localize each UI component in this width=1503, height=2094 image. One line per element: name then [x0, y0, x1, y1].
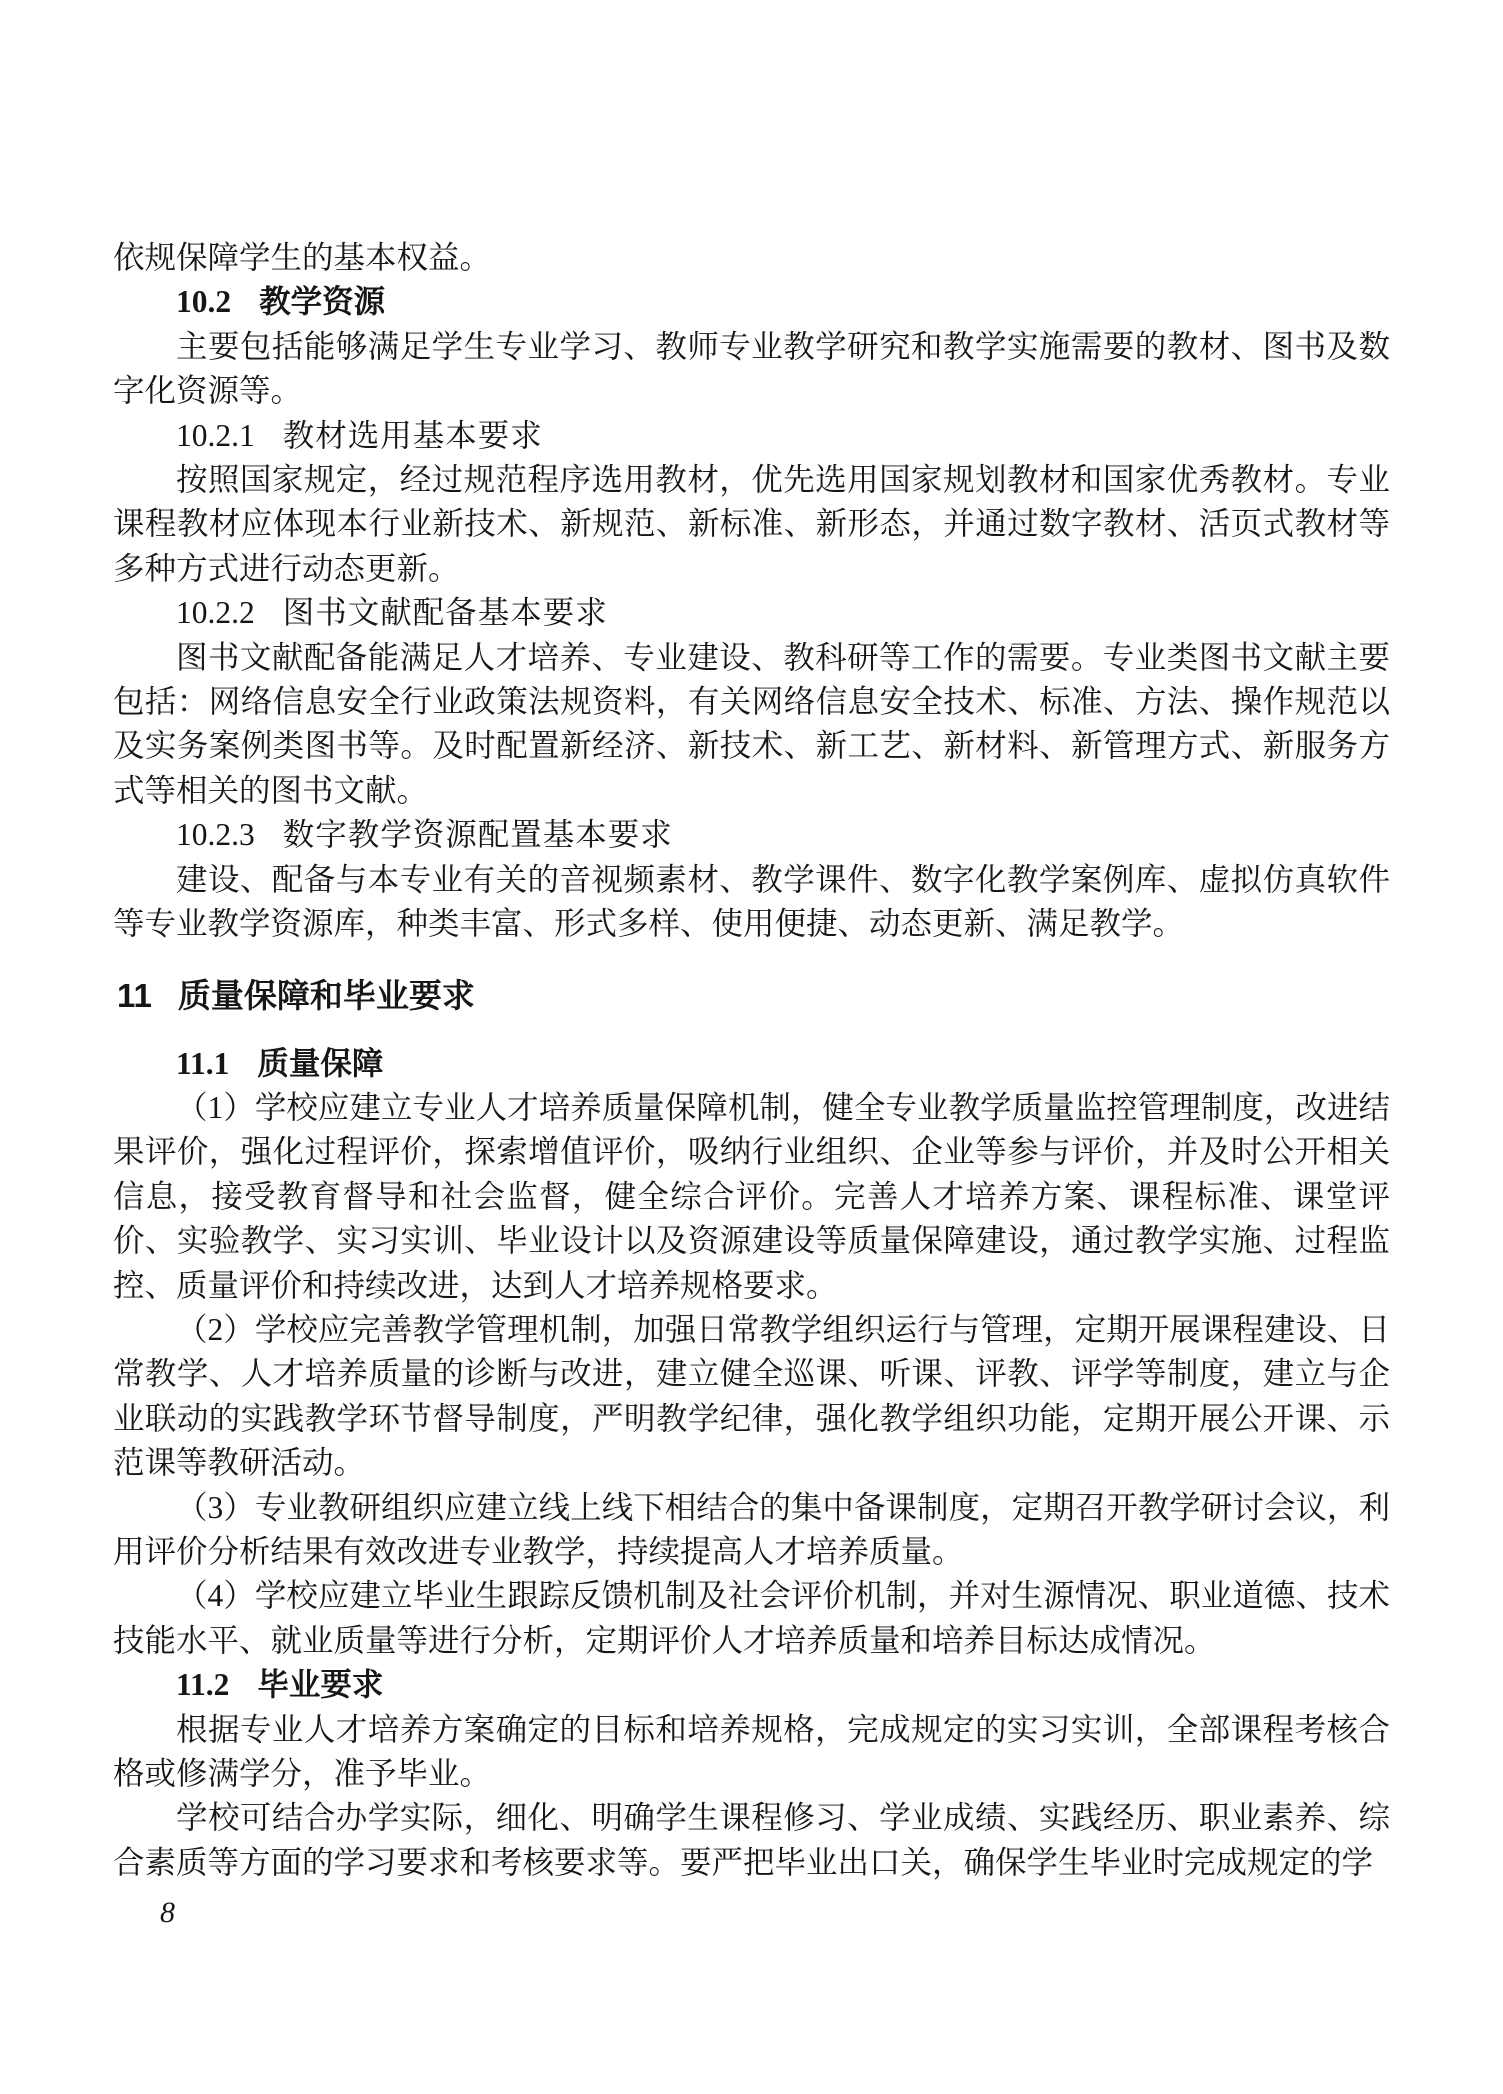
- paragraph: （4）学校应建立毕业生跟踪反馈机制及社会评价机制，并对生源情况、职业道德、技术技…: [113, 1574, 1390, 1663]
- heading-number: 10.2.3: [176, 817, 255, 852]
- clause-heading: 10.2.3数字教学资源配置基本要求: [113, 813, 1390, 857]
- paragraph: 主要包括能够满足学生专业学习、教师专业教学研究和教学实施需要的教材、图书及数字化…: [113, 325, 1390, 414]
- clause-heading: 10.2.2图书文献配备基本要求: [113, 591, 1390, 635]
- paragraph: 建设、配备与本专业有关的音视频素材、教学课件、数字化教学案例库、虚拟仿真软件等专…: [113, 858, 1390, 947]
- clause-heading: 10.2.1教材选用基本要求: [113, 414, 1390, 458]
- heading-number: 10.2.2: [176, 595, 255, 630]
- heading-title: 图书文献配备基本要求: [283, 595, 608, 630]
- heading-title: 教学资源: [259, 284, 385, 319]
- paragraph: （3）专业教研组织应建立线上线下相结合的集中备课制度，定期召开教学研讨会议，利用…: [113, 1486, 1390, 1575]
- subsection-heading: 10.2教学资源: [113, 280, 1390, 324]
- paragraph: 图书文献配备能满足人才培养、专业建设、教科研等工作的需要。专业类图书文献主要包括…: [113, 636, 1390, 814]
- paragraph: 学校可结合办学实际，细化、明确学生课程修习、学业成绩、实践经历、职业素养、综合素…: [113, 1796, 1390, 1885]
- paragraph: （2）学校应完善教学管理机制，加强日常教学组织运行与管理，定期开展课程建设、日常…: [113, 1308, 1390, 1486]
- subsection-heading: 11.1质量保障: [113, 1042, 1390, 1086]
- heading-number: 11.1: [176, 1046, 229, 1081]
- heading-number: 11.2: [176, 1667, 229, 1702]
- paragraph: （1）学校应建立专业人才培养质量保障机制，健全专业教学质量监控管理制度，改进结果…: [113, 1086, 1390, 1308]
- heading-number: 10.2: [176, 284, 231, 319]
- paragraph: 按照国家规定，经过规范程序选用教材，优先选用国家规划教材和国家优秀教材。专业课程…: [113, 458, 1390, 591]
- heading-title: 质量保障: [257, 1046, 383, 1081]
- heading-title: 教材选用基本要求: [283, 418, 543, 453]
- heading-title: 质量保障和毕业要求: [178, 977, 475, 1014]
- paragraph-continuation: 依规保障学生的基本权益。: [113, 236, 1390, 280]
- heading-number: 11: [117, 977, 152, 1014]
- page-number: 8: [160, 1896, 175, 1930]
- heading-title: 数字教学资源配置基本要求: [283, 817, 673, 852]
- paragraph: 根据专业人才培养方案确定的目标和培养规格，完成规定的实习实训，全部课程考核合格或…: [113, 1708, 1390, 1797]
- heading-number: 10.2.1: [176, 418, 255, 453]
- document-body: 依规保障学生的基本权益。10.2教学资源主要包括能够满足学生专业学习、教师专业教…: [113, 236, 1390, 1885]
- section-heading: 11质量保障和毕业要求: [113, 972, 1390, 1020]
- document-page: 依规保障学生的基本权益。10.2教学资源主要包括能够满足学生专业学习、教师专业教…: [0, 0, 1503, 2094]
- subsection-heading: 11.2毕业要求: [113, 1663, 1390, 1707]
- heading-title: 毕业要求: [257, 1667, 383, 1702]
